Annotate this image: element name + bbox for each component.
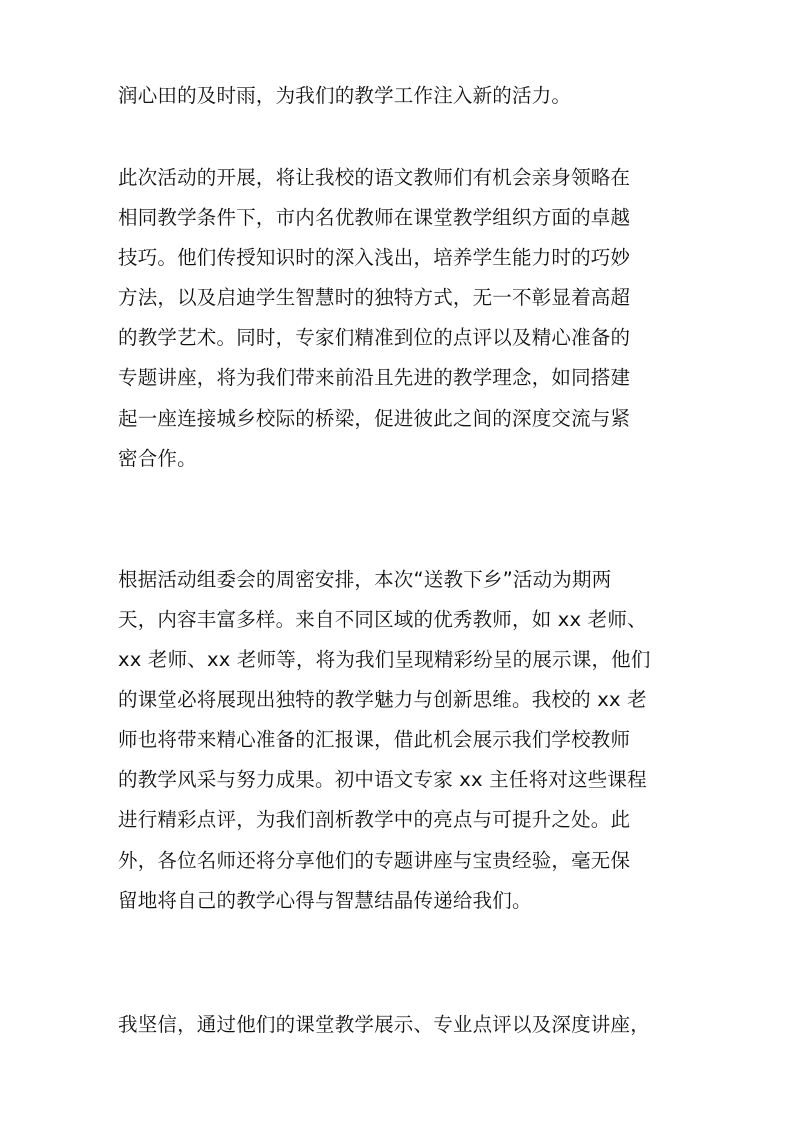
text-line: 师也将带来精心准备的汇报课，借此机会展示我们学校教师 <box>118 728 630 752</box>
document-page: 润心田的及时雨，为我们的教学工作注入新的活力。 此次活动的开展，将让我校的语文教… <box>0 0 793 1122</box>
text-line: xx 老师、xx 老师等，将为我们呈现精彩纷呈的展示课，他们 <box>118 648 651 672</box>
text-line: 天，内容丰富多样。来自不同区域的优秀教师，如 xx 老师、 <box>118 608 647 632</box>
text-line: 专题讲座，将为我们带来前沿且先进的教学理念，如同搭建 <box>118 366 630 390</box>
text-line: 留地将自己的教学心得与智慧结晶传递给我们。 <box>118 889 532 913</box>
text-line: 我坚信，通过他们的课堂教学展示、专业点评以及深度讲座， <box>118 1013 650 1037</box>
text-line: 方法，以及启迪学生智慧时的独特方式，无一不彰显着高超 <box>118 286 630 310</box>
text-line: 的教学艺术。同时，专家们精准到位的点评以及精心准备的 <box>118 326 630 350</box>
text-line: 相同教学条件下，市内名优教师在课堂教学组织方面的卓越 <box>118 206 630 230</box>
text-line: 根据活动组委会的周密安排，本次“送教下乡”活动为期两 <box>118 568 611 592</box>
text-line: 外，各位名师还将分享他们的专题讲座与宝贵经验，毫无保 <box>118 849 630 873</box>
text-line: 润心田的及时雨，为我们的教学工作注入新的活力。 <box>118 84 571 108</box>
text-line: 的教学风采与努力成果。初中语文专家 xx 主任将对这些课程 <box>118 768 647 792</box>
text-line: 此次活动的开展，将让我校的语文教师们有机会亲身领略在 <box>118 166 630 190</box>
text-line: 密合作。 <box>118 447 197 471</box>
text-line: 起一座连接城乡校际的桥梁，促进彼此之间的深度交流与紧 <box>118 407 630 431</box>
text-line: 的课堂必将展现出独特的教学魅力与创新思维。我校的 xx 老 <box>118 688 647 712</box>
text-line: 技巧。他们传授知识时的深入浅出，培养学生能力时的巧妙 <box>118 246 630 270</box>
text-line: 进行精彩点评，为我们剖析教学中的亮点与可提升之处。此 <box>118 808 630 832</box>
